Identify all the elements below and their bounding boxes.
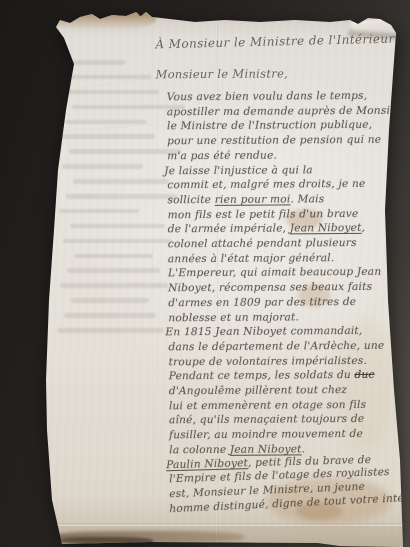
manuscript-line: noblesse et un majorat. [168,309,408,325]
manuscript-line: apostiller ma demande auprès de Monsieur [167,103,407,119]
manuscript-line: pour une restitution de pension qui ne [167,133,407,149]
manuscript-line: Je laisse l'injustice à qui la [164,162,407,178]
letter-salutation: Monsieur le Ministre, [156,66,289,81]
manuscript-line: d'armes en 1809 par des titres de [168,294,408,310]
manuscript-line: lui et emmenèrent en otage son fils [169,397,409,413]
manuscript-line: de l'armée impériale, Jean Niboyet, [168,221,408,237]
manuscript-line: troupe de volontaires impérialistes. [169,353,409,369]
manuscript-line: aîné, qu'ils menaçaient toujours de [169,412,409,428]
manuscript-line: Vous avez bien voulu dans le temps, [167,89,407,105]
manuscript-line: le Ministre de l'Instruction publique, [167,118,407,134]
manuscript-paper: À Monsieur le Ministre de l'Intérieur Mo… [0,0,410,547]
photo-background: À Monsieur le Ministre de l'Intérieur Mo… [0,0,410,547]
manuscript-line: En 1815 Jean Niboyet commandait, [165,324,408,340]
letter-body: Vous avez bien voulu dans le temps,apost… [167,89,410,517]
manuscript-line: d'Angoulême pillèrent tout chez [169,383,409,399]
manuscript-line: L'Empereur, qui aimait beaucoup Jean [168,265,408,281]
manuscript-line: fusiller, au moindre mouvement de [169,427,409,443]
manuscript-line: mon fils est le petit fils d'un brave [168,206,408,222]
manuscript-line: m'a pas été rendue. [167,147,407,163]
manuscript-line: années à l'état major général. [168,250,408,266]
manuscript-paper-wrap: À Monsieur le Ministre de l'Intérieur Mo… [0,0,410,547]
manuscript-line: dans le département de l'Ardèche, une [168,339,408,355]
handwriting-layer: À Monsieur le Ministre de l'Intérieur Mo… [0,0,410,547]
manuscript-line: commit et, malgré mes droits, je ne [167,177,407,193]
letter-heading: À Monsieur le Ministre de l'Intérieur [155,32,395,52]
manuscript-line: colonel attaché pendant plusieurs [168,236,408,252]
manuscript-line: sollicite rien pour moi. Mais [167,192,407,208]
manuscript-line: Niboyet, récompensa ses beaux faits [168,280,408,296]
manuscript-line: Pendant ce temps, les soldats du duc [169,368,409,384]
